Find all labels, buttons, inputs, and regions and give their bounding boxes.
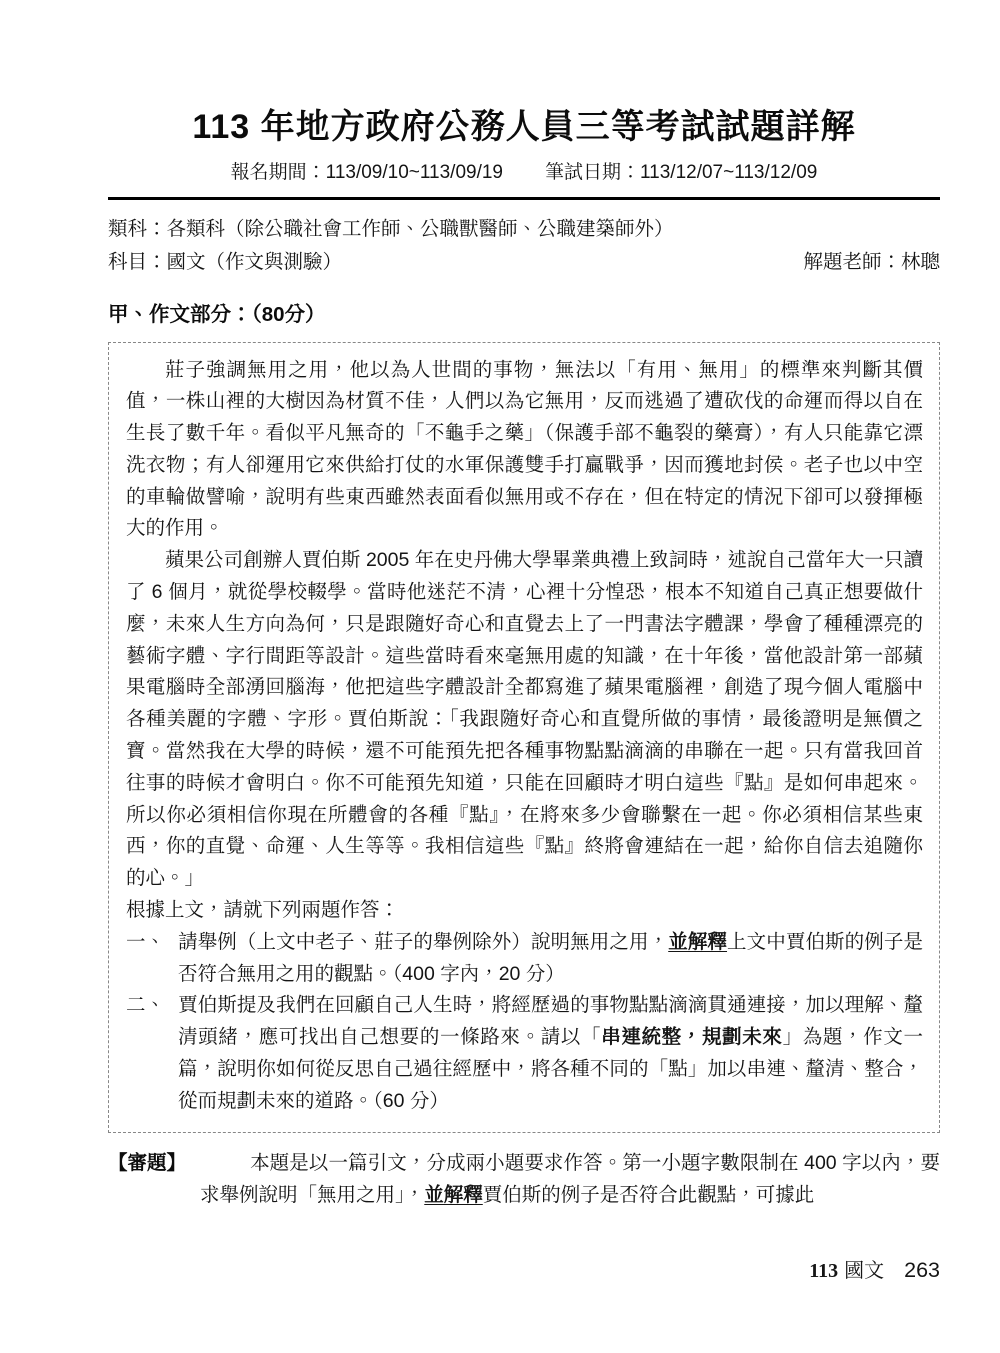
passage-box: 莊子強調無用之用，他以為人世間的事物，無法以「有用、無用」的標準來判斷其價值，一… — [108, 342, 940, 1133]
question-1-marker: 一、 — [126, 927, 178, 959]
analysis-emphasis: 並解釋 — [424, 1184, 483, 1206]
question-2-essay-title: 串連統整，規劃未來 — [601, 1026, 782, 1048]
footer-volume: 113 — [809, 1260, 838, 1282]
written-exam-date: 筆試日期：113/12/07~113/12/09 — [545, 162, 817, 183]
question-1-emphasis: 並解釋 — [668, 931, 727, 953]
analysis-text-rest: 賈伯斯的例子是否符合此觀點，可據此 — [483, 1184, 815, 1206]
passage-instruction: 根據上文，請就下列兩題作答： — [126, 895, 923, 927]
question-1-text: 請舉例（上文中老子、莊子的舉例除外）說明無用之用， — [178, 931, 668, 953]
question-2-marker: 二、 — [126, 990, 178, 1022]
solver-line: 解題老師：林聰 — [803, 246, 940, 279]
header-divider — [108, 197, 940, 200]
subject-row: 科目：國文（作文與測驗） 解題老師：林聰 — [108, 246, 940, 279]
analysis-label: 【審題】 — [108, 1147, 250, 1179]
subject-line: 科目：國文（作文與測驗） — [108, 246, 342, 279]
question-1: 一、請舉例（上文中老子、莊子的舉例除外）說明無用之用，並解釋上文中賈伯斯的例子是… — [126, 927, 923, 991]
exam-dates-row: 報名期間：113/09/10~113/09/19筆試日期：113/12/07~1… — [108, 160, 940, 186]
section-heading: 甲、作文部分：（80分） — [108, 301, 940, 329]
category-line: 類科：各類科（除公職社會工作師、公職獸醫師、公職建築師外） — [108, 213, 940, 246]
analysis-block: 【審題】本題是以一篇引文，分成兩小題要求作答。第一小題字數限制在 400 字以內… — [108, 1147, 940, 1211]
footer-subject: 國文 — [844, 1260, 884, 1282]
footer-page-number: 263 — [904, 1258, 940, 1282]
page-footer: 113國文263 — [108, 1257, 940, 1284]
page-title: 113 年地方政府公務人員三等考試試題詳解 — [108, 104, 940, 150]
question-2: 二、賈伯斯提及我們在回顧自己人生時，將經歷過的事物點點滴滴貫通連接，加以理解、釐… — [126, 990, 923, 1117]
exam-meta: 類科：各類科（除公職社會工作師、公職獸醫師、公職建築師外） 科目：國文（作文與測… — [108, 213, 940, 279]
passage-paragraph-2: 蘋果公司創辦人賈伯斯 2005 年在史丹佛大學畢業典禮上致詞時，述說自己當年大一… — [126, 545, 923, 895]
passage-paragraph-1: 莊子強調無用之用，他以為人世間的事物，無法以「有用、無用」的標準來判斷其價值，一… — [126, 355, 923, 546]
document-page: 113 年地方政府公務人員三等考試試題詳解 報名期間：113/09/10~113… — [0, 0, 1000, 1353]
registration-period: 報名期間：113/09/10~113/09/19 — [231, 162, 503, 183]
